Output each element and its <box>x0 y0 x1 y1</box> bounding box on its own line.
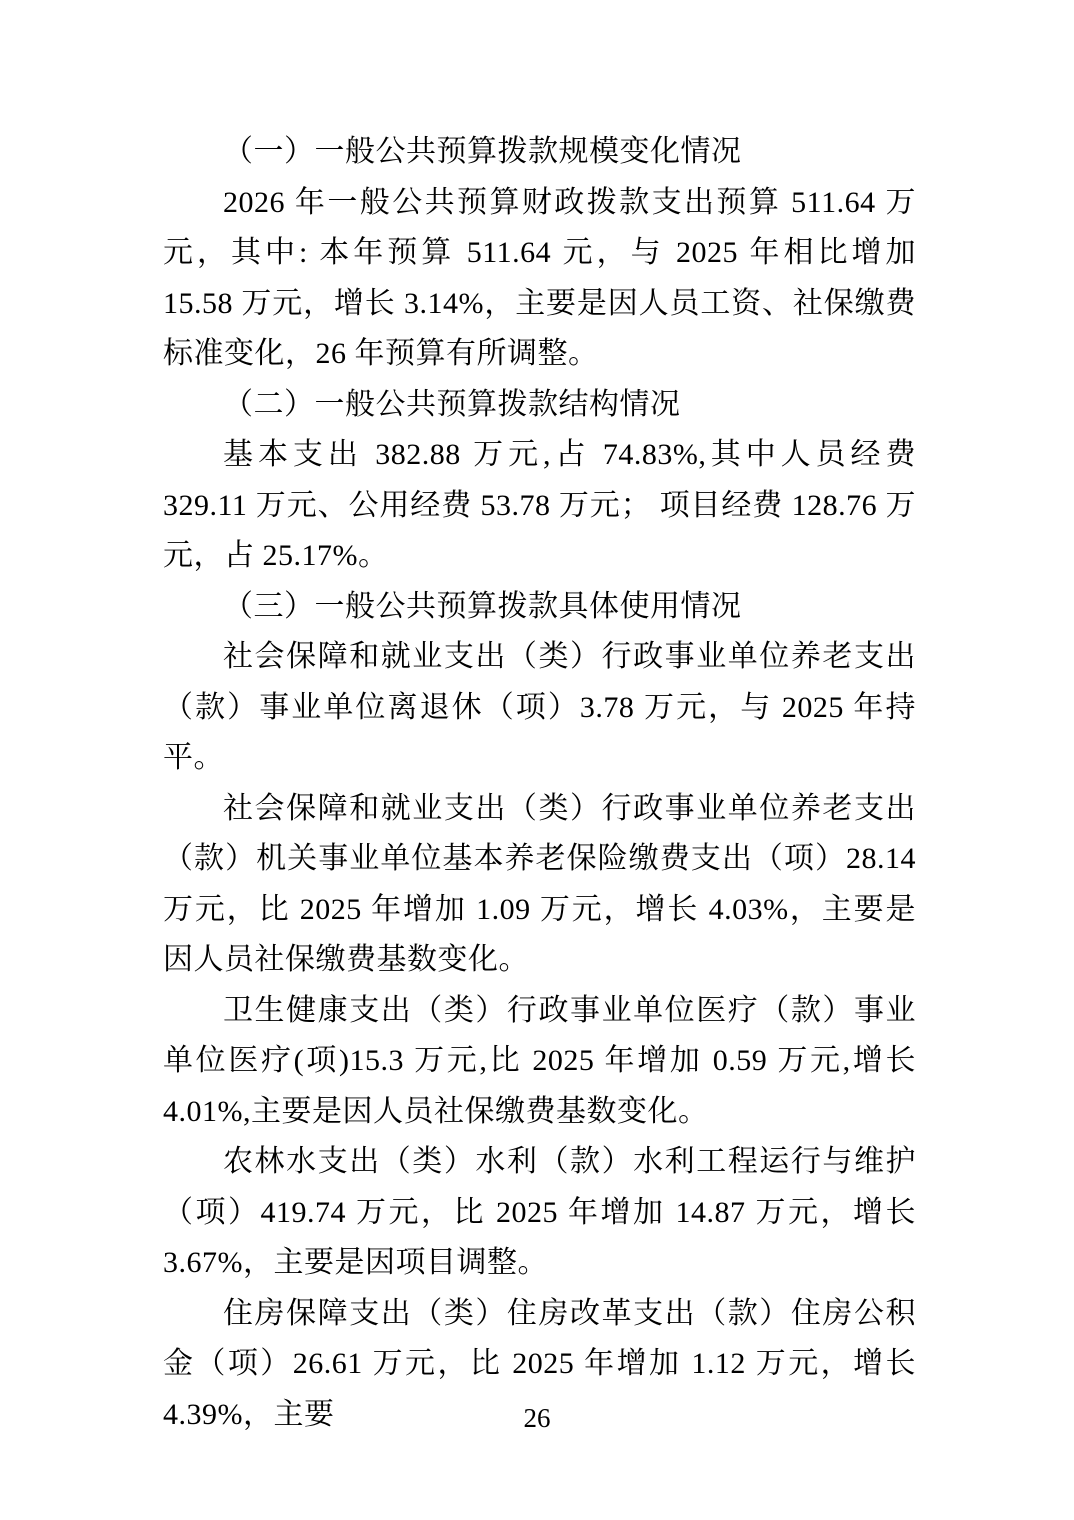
paragraph: 卫生健康支出（类）行政事业单位医疗（款）事业单位医疗(项)15.3 万元,比 2… <box>163 986 916 1138</box>
paragraph: 社会保障和就业支出（类）行政事业单位养老支出（款）事业单位离退休（项）3.78 … <box>163 632 916 784</box>
paragraph: 2026 年一般公共预算财政拨款支出预算 511.64 万元，其中: 本年预算 … <box>163 178 916 380</box>
page-number: 26 <box>0 1398 1074 1438</box>
document-body: （一）一般公共预算拨款规模变化情况 2026 年一般公共预算财政拨款支出预算 5… <box>163 127 916 1440</box>
section-heading-2: （二）一般公共预算拨款结构情况 <box>163 380 916 431</box>
paragraph: 基本支出 382.88 万元,占 74.83%,其中人员经费 329.11 万元… <box>163 430 916 582</box>
paragraph: 农林水支出（类）水利（款）水利工程运行与维护（项）419.74 万元，比 202… <box>163 1137 916 1289</box>
section-heading-3: （三）一般公共预算拨款具体使用情况 <box>163 582 916 633</box>
section-heading-1: （一）一般公共预算拨款规模变化情况 <box>163 127 916 178</box>
document-page: （一）一般公共预算拨款规模变化情况 2026 年一般公共预算财政拨款支出预算 5… <box>0 0 1074 1520</box>
paragraph: 社会保障和就业支出（类）行政事业单位养老支出（款）机关事业单位基本养老保险缴费支… <box>163 784 916 986</box>
